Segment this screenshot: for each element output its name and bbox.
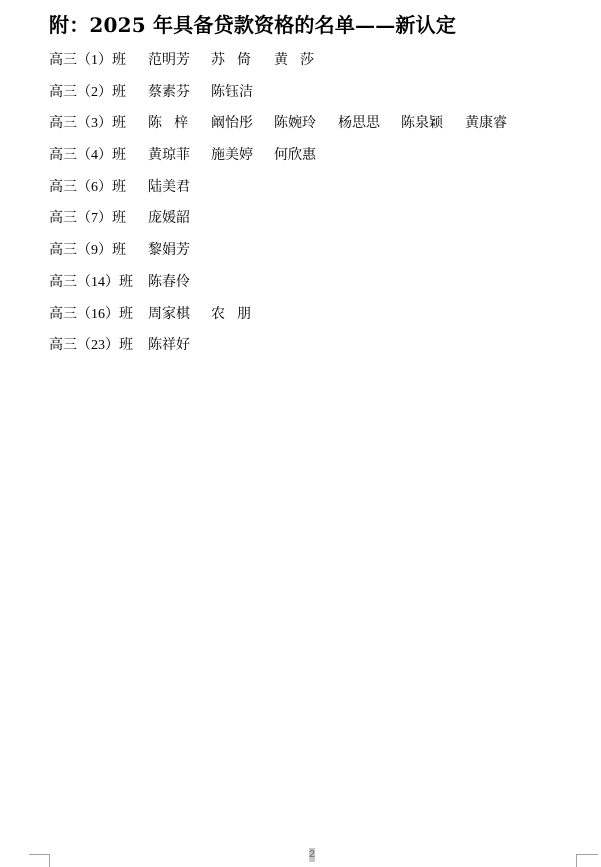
student-name: 陈婉玲 (274, 112, 316, 134)
student-name: 庞媛韶 (148, 207, 190, 229)
margin-corner-mark-left (29, 854, 50, 867)
student-name: 施美婷 (211, 144, 253, 166)
student-name: 陈梓 (148, 112, 200, 134)
class-label: 高三（6）班 (49, 176, 126, 199)
student-name: 农朋 (211, 303, 263, 325)
student-name: 黄莎 (274, 49, 326, 71)
student-name: 杨思思 (338, 112, 380, 134)
document-page: 附：2025 年具备贷款资格的名单——新认定 高三（1）班 范明芳 苏倚 黄莎 … (0, 0, 601, 867)
student-name: 阚怡彤 (211, 112, 253, 134)
class-label: 高三（16）班 (49, 303, 133, 326)
margin-corner-mark-right (576, 854, 598, 867)
class-label: 高三（14）班 (49, 271, 133, 294)
class-label: 高三（9）班 (49, 239, 126, 262)
student-name: 何欣惠 (274, 144, 316, 166)
student-name: 陈泉颖 (401, 112, 443, 134)
student-name: 周家棋 (148, 303, 190, 325)
student-name: 范明芳 (148, 49, 190, 71)
class-label: 高三（1）班 (49, 49, 126, 72)
student-name: 苏倚 (211, 49, 263, 71)
page-number: 2 (309, 848, 315, 862)
student-name: 陈春伶 (148, 271, 190, 293)
document-title: 附：2025 年具备贷款资格的名单——新认定 (49, 11, 456, 39)
class-label: 高三（23）班 (49, 334, 133, 357)
class-label: 高三（4）班 (49, 144, 126, 167)
class-label: 高三（3）班 (49, 112, 126, 135)
student-name: 黎娟芳 (148, 239, 190, 261)
student-name: 黄琼菲 (148, 144, 190, 166)
student-name: 陈祥好 (148, 334, 190, 356)
student-name: 蔡素芬 (148, 81, 190, 103)
student-name: 陆美君 (148, 176, 190, 198)
student-name: 黄康睿 (465, 112, 507, 134)
student-name: 陈钰洁 (211, 81, 253, 103)
class-label: 高三（2）班 (49, 81, 126, 104)
class-label: 高三（7）班 (49, 207, 126, 230)
